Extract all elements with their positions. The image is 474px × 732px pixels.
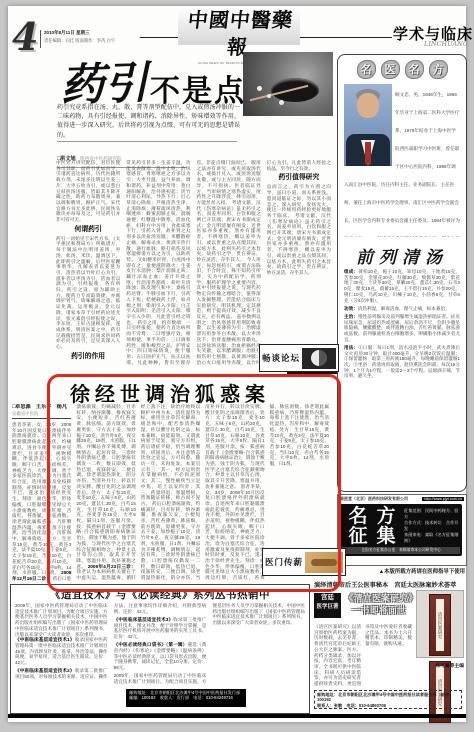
book-spine: 清宫医案研究: [429, 594, 451, 656]
header-char: 方: [429, 60, 448, 79]
ad-big-char: 方: [372, 506, 400, 526]
lead-article-columns: 中医处方讲究配伍，君臣佐使各司其职，而药引犹如向导，引诸药直达病所。历代医籍所载…: [56, 160, 331, 368]
masthead-title-block: 中國中醫藥報 CHINA NEWS OF TRADITIONAL CHINESE…: [178, 7, 300, 45]
formula-details: 组成：黄柏10克，栀子10克，知母10克，干地黄15克，苦参20克，金银花30克…: [344, 269, 460, 485]
book-series-contact-strip: 邮购地址：北京市朝阳区北沙滩甲4号中国中医药报社发行部 邮编：100192 收款…: [126, 689, 246, 707]
book-cover-photo: 清宫医案研究 清宫医案研究: [416, 590, 464, 658]
header-char: 名: [357, 60, 376, 79]
formula-item-label: 功效：: [344, 306, 358, 311]
case-visit-date: 2009年4月23日三诊：: [88, 564, 136, 569]
qing-ad-editor: 陈可冀等主编: [412, 662, 464, 669]
section-title-english: LINCHUANG: [424, 40, 468, 48]
case-byline: □卓思源 王乐平 杨凡 安徽省中医院: [12, 404, 71, 419]
book-spine-title: 清宫医案研究: [436, 599, 444, 651]
staff-line: 责任编辑：向佳 版面制作：李芮 白宇: [44, 38, 194, 44]
forum-badge-label: 畅谈论坛: [262, 352, 300, 364]
book-series-intro: 2009年，国家中医药管理局启动了中医临床适宜技术推广计划项目。为配合项目实施，…: [15, 603, 108, 637]
ad-company-url: http://www.pjyt.com.cn: [422, 497, 464, 501]
heritage-photo-icon: [305, 552, 343, 573]
lead-subhead-1: 何谓药引: [56, 225, 120, 234]
prescription-disclaimer: ▲本版所载方药请在医师指导下使用: [340, 567, 465, 575]
lead-subhead-3: 药引值得研究: [267, 173, 331, 182]
case-headline: 徐经世调治狐惑案: [40, 378, 300, 407]
formula-item-label: 主治：: [344, 314, 358, 319]
qing-ad-contact-box: 邮购地址：北京市朝阳区北沙滩甲4号中国中医药报社读者服务部 邮编：100192 …: [314, 690, 462, 709]
lead-body: 又如粳米护胃，白虎汤中即有之；童便滋阴降火；生姜皮行水消肿；梨汁润肺止咳；藕汁凉…: [126, 257, 190, 325]
lead-body: 常见药引甚多：生姜辛温，功能发表散寒、温中止呕，治风寒感冒、胃寒呕逆之方多以为引…: [126, 160, 190, 262]
lead-intro: 药引究竟系指在汤、丸、散、膏等剂型配伍中，兑入或煎汤冲服的一二味药物，具有引经报…: [57, 103, 240, 140]
book-series-columns: 2009年，国家中医药管理局启动了中医临床适宜技术推广计划项目。为配合项目实施，…: [15, 603, 305, 687]
qing-ad-title: 《清宫医案研究》一书即将面世: [343, 592, 415, 620]
page-bottom-rule: [8, 714, 466, 718]
ad-company-name: 聚医堂（北京）医药科技研发有限公司: [340, 496, 408, 502]
famous-doctor-header: 名 医 名 方: [338, 60, 466, 79]
book-title: 《中医临床基层适宜技术2》: [15, 668, 75, 673]
ad-detail-line: 来函来电：索取《名方征集细则》: [404, 532, 460, 544]
book-series-ad: 《适宜技术》与《必读经典》系列丛书热销中 2009年，国家中医药管理局启动了中医…: [10, 584, 310, 714]
qing-contact-line: 联系人：张敏 电话：010-64860708: [317, 703, 459, 708]
formula-title: 前列清汤: [338, 243, 466, 268]
ad-detail-line: 征集范围：民间中药秘方、验方: [404, 508, 460, 520]
lead-body: 中医处方讲究配伍，君臣佐使各司其职，而药引犹如向导，引诸药直达病所。历代医籍所载…: [56, 160, 120, 222]
blossom-flower-shape: [279, 100, 284, 105]
book-series-headline: 《适宜技术》与《必读经典》系列丛书热销中: [11, 587, 309, 602]
qing-badge-line: 医学巨著: [314, 603, 341, 612]
page-number: 4: [12, 14, 38, 59]
forum-badge: 畅谈论坛: [259, 344, 339, 372]
qing-ad-body: 《清宫医案研究》以清宫原始医药档案为据，历时数载，去芜存菁，将清代宫廷帝后妃嫔王…: [314, 624, 412, 688]
formula-item-label: 用法：: [344, 345, 358, 350]
header-char: 名: [405, 60, 424, 79]
blossom-flower-shape: [267, 94, 271, 98]
formula-item-text: ①口服：每日1剂，清水浸泡半小时，武火煮沸后文火再煎30分钟，取汁400毫升，分…: [344, 345, 460, 379]
ad-big-char: 征: [344, 526, 372, 546]
lead-subhead-2: 药引的作用: [56, 352, 120, 361]
forum-logo-icon: [302, 348, 336, 369]
formula-collection-ad: 聚医堂（北京）医药科技研发有限公司 http://www.pjyt.com.cn…: [337, 494, 467, 566]
lead-body: 考诸文献，汉代《伤寒杂病论》虽无药引之名，而姜枣同用、白饮和服之例已开其端；唐宋…: [197, 200, 261, 262]
case-body: 患者李某，女，34岁，2008年10月因反复口腔溃疡伴外阴溃疡就诊。自述两年来口…: [12, 422, 71, 575]
book-title: 《中医必读经典口袋书》（第一辑）: [114, 642, 188, 647]
ad-big-char: 集: [372, 526, 400, 546]
qing-book-ad: 演绎清朝帝后王公医事秘本 宫廷太医脉案妙术荟萃 宫廷 医学巨著 《清宫医案研究》…: [312, 578, 466, 714]
lead-intro-rule: [57, 141, 237, 142]
ad-black-panel: 名 方 征 集 征集范围：民间中药秘方、验方 合作方式：技术转让 合作开发 来函…: [340, 504, 462, 556]
contact-strip-line: 邮编：100192 收款人：发行部 电话：010-84249716: [129, 695, 243, 700]
masthead-divider-bar: [40, 30, 41, 48]
case-authors: □卓思源 王乐平 杨凡: [12, 404, 71, 411]
formula-item-text: 慢性前列腺炎及前列腺增生属湿热瘀阻证者。症见尿频尿急，尿道灼热或涩痛，尿后余沥不…: [344, 314, 460, 342]
book-title: 《中医临床基层适宜技术1》: [15, 637, 75, 642]
book-title: 《中医临床基层适宜技术3》: [114, 617, 174, 622]
blossom-flower-shape: [257, 86, 262, 91]
famous-doctor-box: 名 医 名 方 顾文忠，男，1946年生，1969年毕业于上海第二医科大学医疗系…: [337, 54, 467, 492]
formula-item-text: 清热利湿，解毒活血，理气止痛，标本兼治。: [358, 306, 450, 311]
ad-bottom-strip: 全国名方征集办公室 来稿请寄本公司研发中心: [342, 547, 460, 554]
doctor-bio-block: 顾文忠，男，1946年生，1969年毕业于上海第二医科大学医疗系，1976年结业…: [344, 83, 460, 237]
newspaper-page: 4 2010年8月11日 星期三 责任编辑：向佳 版面制作：李芮 白宇 中國中醫…: [0, 0, 474, 732]
lead-body: 今人用方，每忽视药引，或谓古法陈旧，不合时宜，殊不知药引所涉，实为中药配伍学、药…: [197, 257, 261, 319]
case-affiliation: 安徽省中医院: [12, 411, 71, 417]
teacup-photo: [243, 52, 333, 116]
ad-detail-line: 合作方式：技术转让 合作开发: [404, 520, 460, 532]
date-line: 2010年8月11日 星期三: [44, 30, 184, 36]
qing-contact-line: 邮购地址：北京市朝阳区北沙滩甲4号中国中医药报社读者服务部 邮编：100192: [317, 692, 459, 703]
doctor-portrait-photo: [344, 84, 392, 166]
lead-body: 服用之法亦有讲究，或先煎取汤代水，或捣汁兑入，或煎汤送服丸散，或与主方同煎，随方…: [197, 160, 261, 205]
qing-ad-headline: 演绎清朝帝后王公医事秘本 宫廷太医脉案妙术荟萃: [314, 580, 466, 589]
qing-badge-line: 宫廷: [314, 593, 341, 603]
qing-ad-badge: 宫廷 医学巨著: [314, 593, 341, 618]
lead-body: 药引一词始见于宋代方书。《太平惠民和剂局方》所载诸方，每于服法中注明用姜汤、枣汤…: [56, 236, 120, 349]
header-char: 医: [381, 60, 400, 79]
ad-header-row: 聚医堂（北京）医药科技研发有限公司 http://www.pjyt.com.cn: [338, 495, 466, 503]
formula-item-label: 组成：: [344, 269, 358, 274]
lead-body: 考诸文献，汉代《伤寒杂病论》虽无药引之名，而姜枣同用、白饮和服之例已开其端；唐宋…: [267, 213, 331, 275]
formula-item-text: 黄柏10克，栀子10克，知母10克，干地黄15克，苦参20克，金银花30克，红藤…: [344, 269, 460, 303]
medical-heritage-badge-label: 医门传薪: [265, 556, 303, 568]
medical-heritage-badge: 医门传薪: [262, 548, 346, 576]
ad-big-characters: 名 方 征 集: [344, 506, 400, 546]
ad-detail-lines: 征集范围：民间中药秘方、验方 合作方式：技术转让 合作开发 来函来电：索取《名方…: [404, 508, 460, 544]
ad-big-char: 名: [344, 506, 372, 526]
